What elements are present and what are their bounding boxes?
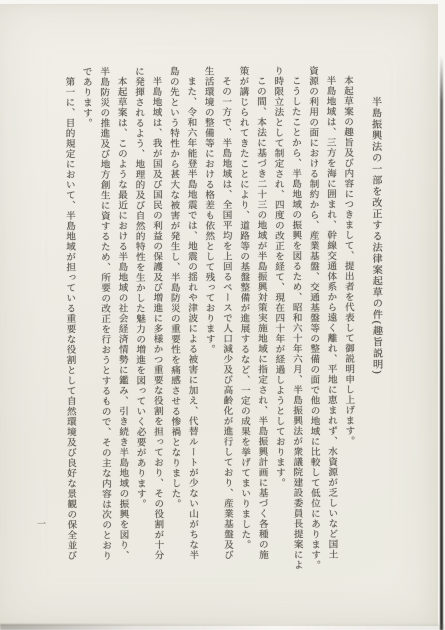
text-line: こうしたことから、半島地域の振興を図るため、昭和六十年六月、半島振興法が衆議院建… xyxy=(286,66,306,578)
text-line: 半島地域は、三方を海に囲まれ、幹線交通体系から遠く離れ、平地に恵まれず、水資源が… xyxy=(321,65,341,577)
text-line: に発揮されるよう、地理的及び自然的特性を生かした魅力の増進を図っていく必要があり… xyxy=(129,66,149,578)
text-line: この間、本法に基づき二十三の地域が半島振興対策実施地域に指定され、半島振興計画に… xyxy=(251,66,271,578)
text-line: であります。 xyxy=(77,67,97,579)
document-title: 半島振興法の一部を改正する法律案起草の件(趣旨説明) xyxy=(364,65,385,577)
text-line: り時限立法として制定され、四度の改正を経て、現在四十年が経過しようとしております… xyxy=(268,66,288,578)
text-line: 半島地域は、我が国及び国民の利益の保護及び増進に多様かつ重要な役割を担っており、… xyxy=(147,66,167,578)
text-line: 本起草案は、このような最近における半島地域の社会経済情勢に鑑み、引き続き半島地域… xyxy=(112,66,132,578)
text-line: また、令和六年能登半島地震では、地震の揺れや津波による被害に加え、代替ルートが少… xyxy=(181,66,201,578)
screenshot-root: { "doc": { "title": "半島振興法の一部を改正する法律案起草の… xyxy=(0,0,445,630)
text-line: 島の先という特性から甚大な被害が発生し、半島防災の重要性を痛感させる惨禍となりま… xyxy=(164,66,184,578)
scanned-page: 半島振興法の一部を改正する法律案起草の件(趣旨説明) 本起草案の趣旨及び内容につ… xyxy=(0,4,438,626)
text-line: その一方で、半島地域は、全国平均を上回るペースで人口減少及び高齢化が進行しており… xyxy=(216,66,236,578)
text-line: 生活環境の整備等における格差も依然として残っております。 xyxy=(199,66,219,578)
text-line: 半島防災の推進及び地方創生に資するため、所要の改正を行おうとするもので、その主な… xyxy=(94,66,114,578)
text-line: 資源の利用の面における制約から、産業基盤、交通基盤等の整備の面で他の地域に比較し… xyxy=(303,66,323,578)
scan-edge-right xyxy=(440,56,443,630)
page-number: 一 xyxy=(37,517,46,530)
scan-edge-bottom xyxy=(0,624,445,630)
text-line: 第一に、目的規定において、半島地域が担っている重要な役割として自然環境及び良好な… xyxy=(59,67,79,579)
text-line: 策が講じられてきたことにより、道路等の基盤整備が進展するなど、一定の成果を挙げて… xyxy=(234,66,254,578)
text-line: 本起草案の趣旨及び内容につきまして、提出者を代表して御説明申し上げます。 xyxy=(338,65,358,577)
document-body: 半島振興法の一部を改正する法律案起草の件(趣旨説明) 本起草案の趣旨及び内容につ… xyxy=(59,65,385,578)
